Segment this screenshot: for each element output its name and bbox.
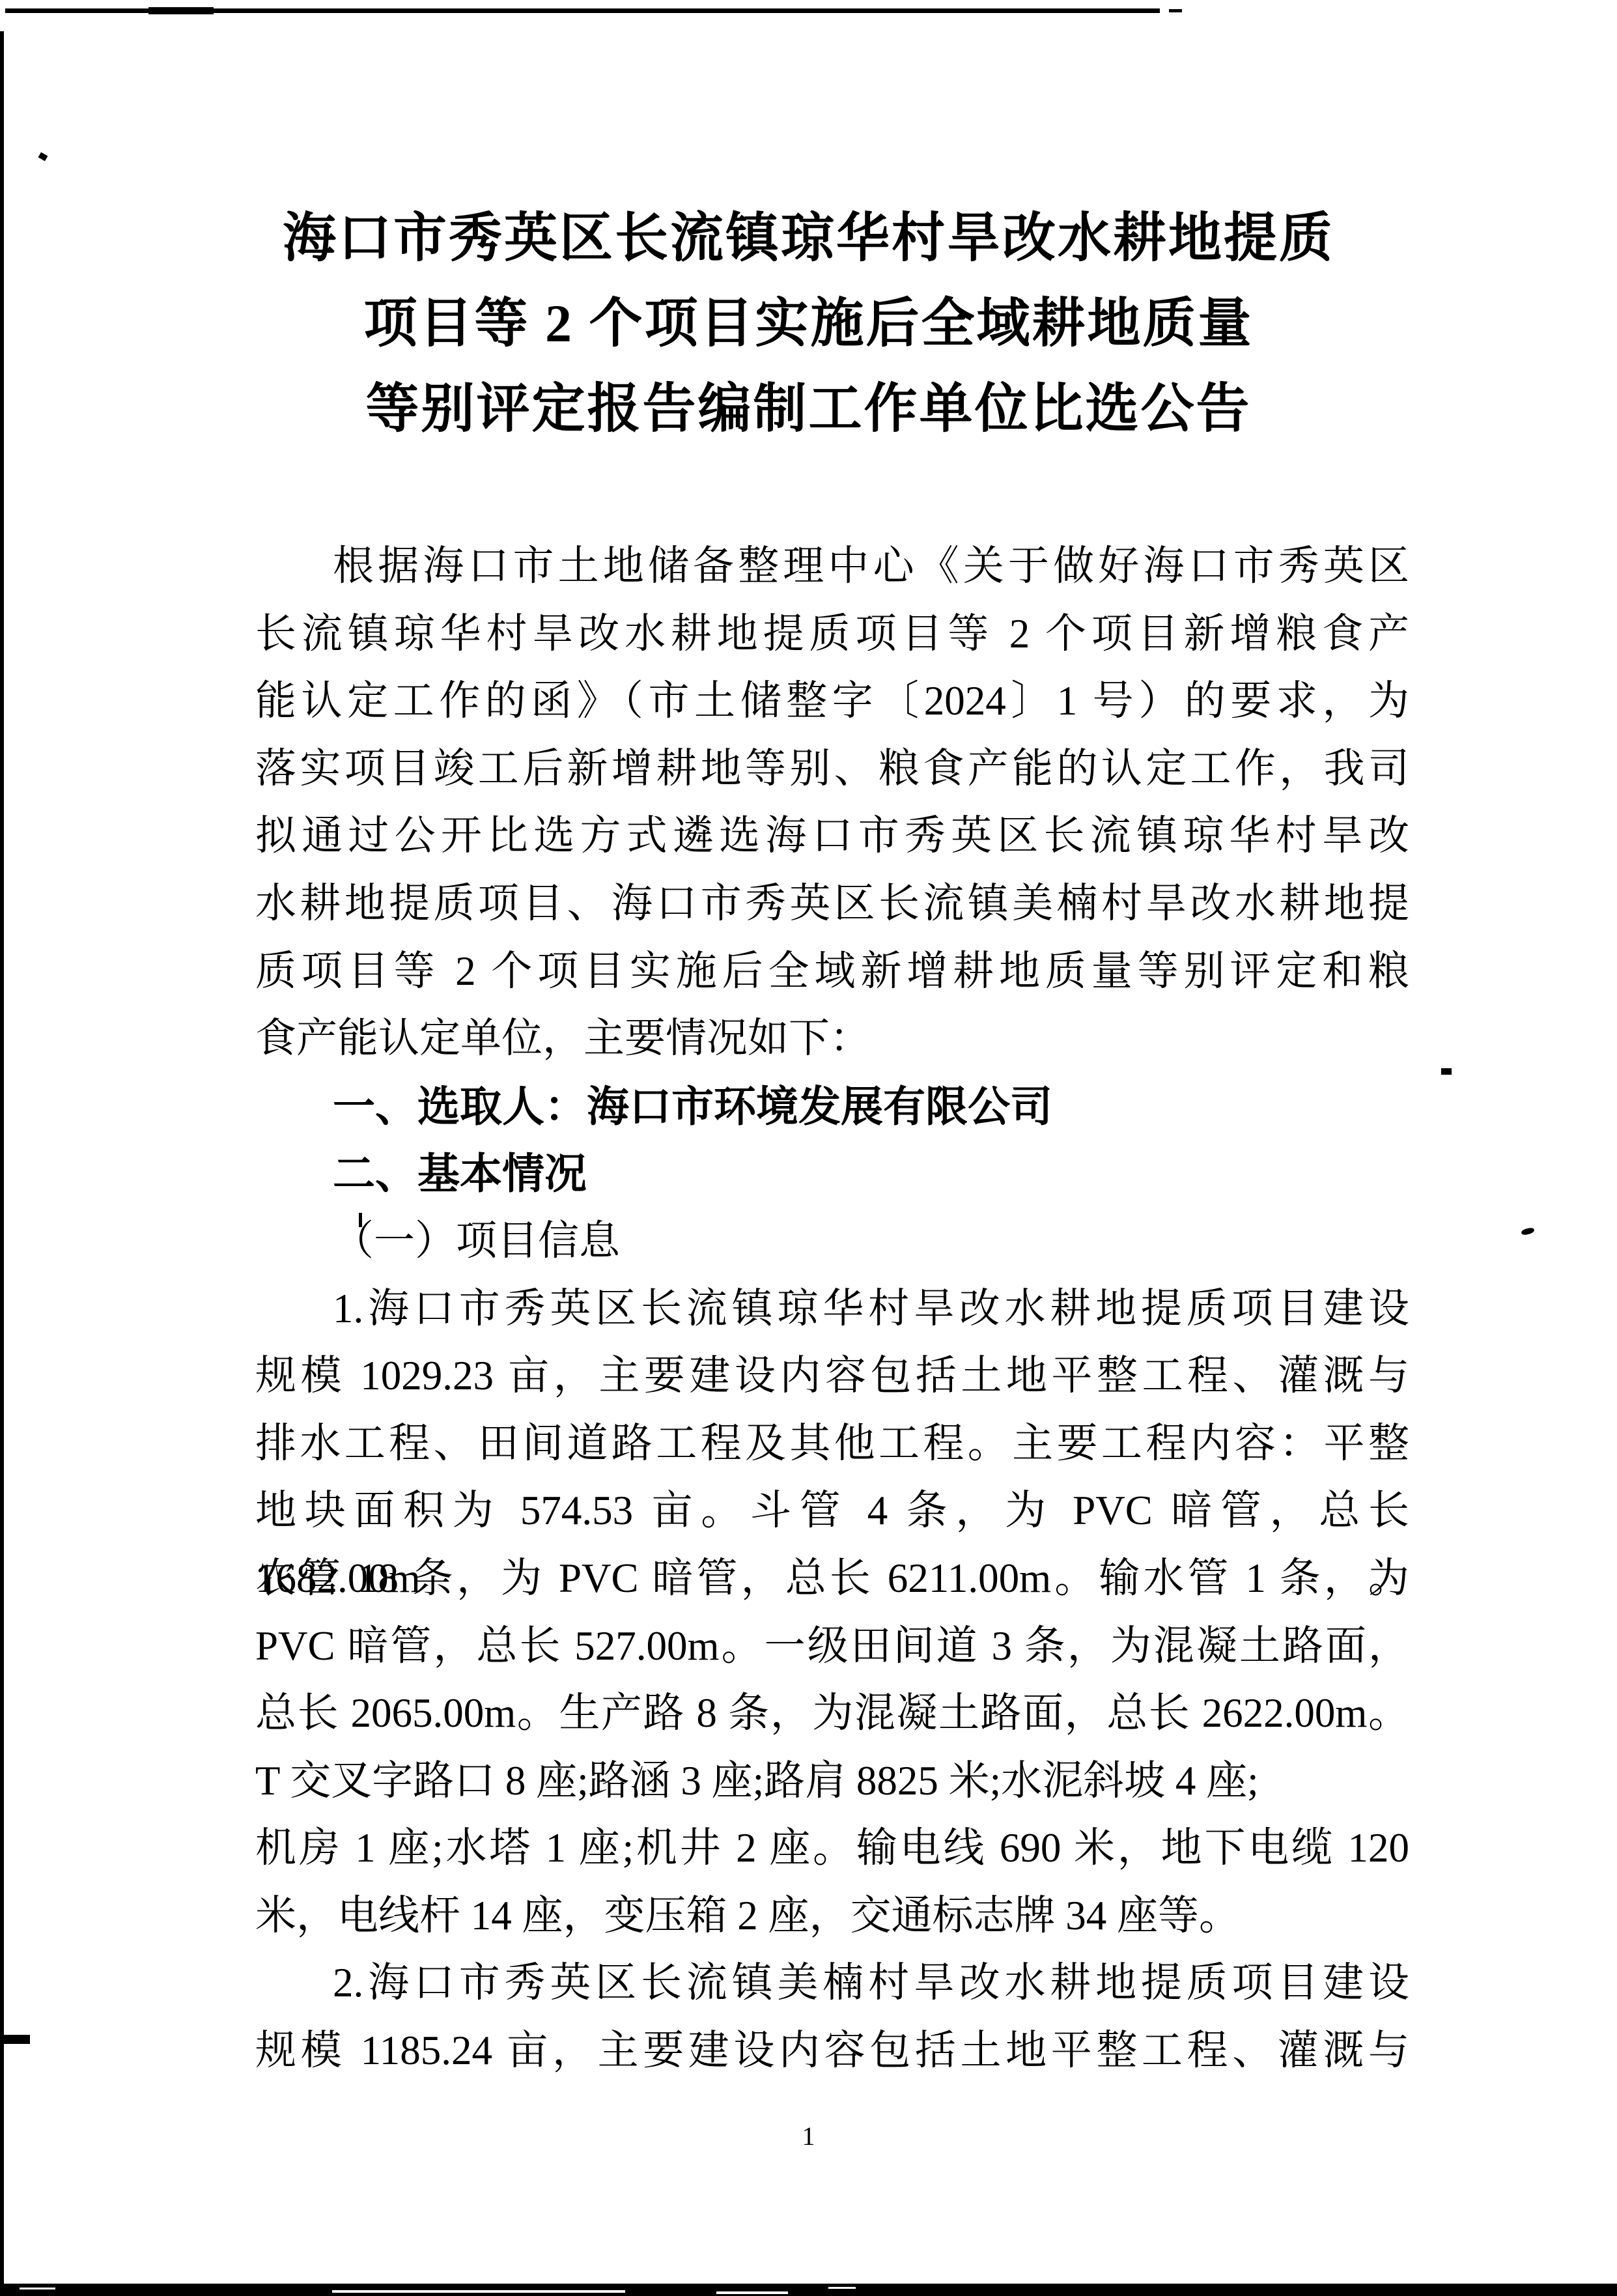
scan-artifact-bottom-bar-gap-4 (828, 2287, 856, 2289)
subheading-project-info: （一）项目信息 (255, 1208, 1409, 1275)
heading-basic-info: 二、基本情况 (255, 1140, 1409, 1208)
scan-artifact-bottom-bar (0, 2284, 1617, 2296)
project1-line-3: 排水工程、田间道路工程及其他工程。主要工程内容：平整 (255, 1410, 1409, 1478)
scan-artifact-left-edge-streak (0, 2035, 30, 2044)
scan-artifact-bottom-bar-gap-1 (20, 2288, 55, 2289)
intro-line-1: 根据海口市土地储备整理中心《关于做好海口市秀英区 (255, 533, 1409, 601)
project1-line-10: 米，电线杆 14 座，变压箱 2 座，交通标志牌 34 座等。 (255, 1882, 1409, 1950)
project1-line-4: 地块面积为 574.53 亩。斗管 4 条，为 PVC 暗管，总长 1682.0… (255, 1477, 1409, 1545)
scan-artifact-top-edge-dash (1169, 9, 1182, 12)
intro-line-8: 食产能认定单位，主要情况如下： (255, 1005, 1409, 1073)
scan-artifact-bottom-bar-gap-3 (716, 2291, 788, 2294)
scan-artifact-speck-right-upper (1441, 1068, 1452, 1075)
intro-line-7: 质项目等 2 个项目实施后全域新增耕地质量等别评定和粮 (255, 938, 1409, 1006)
heading-selector: 一、选取人：海口市环境发展有限公司 (255, 1073, 1409, 1141)
title-line-1: 海口市秀英区长流镇琼华村旱改水耕地提质 (0, 195, 1617, 281)
project1-line-8: T 交叉字路口 8 座;路涵 3 座;路肩 8825 米;水泥斜坡 4 座; (255, 1748, 1409, 1815)
title-line-2: 项目等 2 个项目实施后全域耕地质量 (0, 281, 1617, 366)
intro-line-3: 能认定工作的函》（市土储整字〔2024〕1 号）的要求，为 (255, 668, 1409, 735)
project1-line-1: 1.海口市秀英区长流镇琼华村旱改水耕地提质项目建设 (255, 1275, 1409, 1343)
project1-line-5: 农管 18 条，为 PVC 暗管，总长 6211.00m。输水管 1 条，为 (255, 1545, 1409, 1613)
intro-line-4: 落实项目竣工后新增耕地等别、粮食产能的认定工作，我司 (255, 735, 1409, 803)
project2-line-2: 规模 1185.24 亩，主要建设内容包括土地平整工程、灌溉与 (255, 2017, 1409, 2085)
document-body: 根据海口市土地储备整理中心《关于做好海口市秀英区 长流镇琼华村旱改水耕地提质项目… (255, 533, 1409, 2085)
scan-artifact-speck-right-lower (1521, 1227, 1534, 1236)
page-number: 1 (0, 2121, 1617, 2152)
project1-line-2: 规模 1029.23 亩，主要建设内容包括土地平整工程、灌溉与 (255, 1342, 1409, 1410)
project1-line-7: 总长 2065.00m。生产路 8 条，为混凝土路面，总长 2622.00m。 (255, 1680, 1409, 1748)
intro-line-6: 水耕地提质项目、海口市秀英区长流镇美楠村旱改水耕地提 (255, 870, 1409, 938)
intro-line-5: 拟通过公开比选方式遴选海口市秀英区长流镇琼华村旱改 (255, 802, 1409, 870)
project2-line-1: 2.海口市秀英区长流镇美楠村旱改水耕地提质项目建设 (255, 1949, 1409, 2017)
project1-line-9: 机房 1 座;水塔 1 座;机井 2 座。输电线 690 米，地下电缆 120 (255, 1815, 1409, 1882)
scan-artifact-bottom-bar-gap-2 (332, 2290, 625, 2293)
scanned-document-page: 海口市秀英区长流镇琼华村旱改水耕地提质 项目等 2 个项目实施后全域耕地质量 等… (0, 0, 1617, 2296)
scan-artifact-speck-top-left (38, 152, 48, 162)
intro-line-2: 长流镇琼华村旱改水耕地提质项目等 2 个项目新增粮食产 (255, 601, 1409, 668)
title-line-3: 等别评定报告编制工作单位比选公告 (0, 366, 1617, 451)
document-title: 海口市秀英区长流镇琼华村旱改水耕地提质 项目等 2 个项目实施后全域耕地质量 等… (0, 195, 1617, 451)
project1-line-6: PVC 暗管，总长 527.00m。一级田间道 3 条，为混凝土路面， (255, 1613, 1409, 1680)
scan-artifact-top-edge-thick (148, 7, 214, 14)
